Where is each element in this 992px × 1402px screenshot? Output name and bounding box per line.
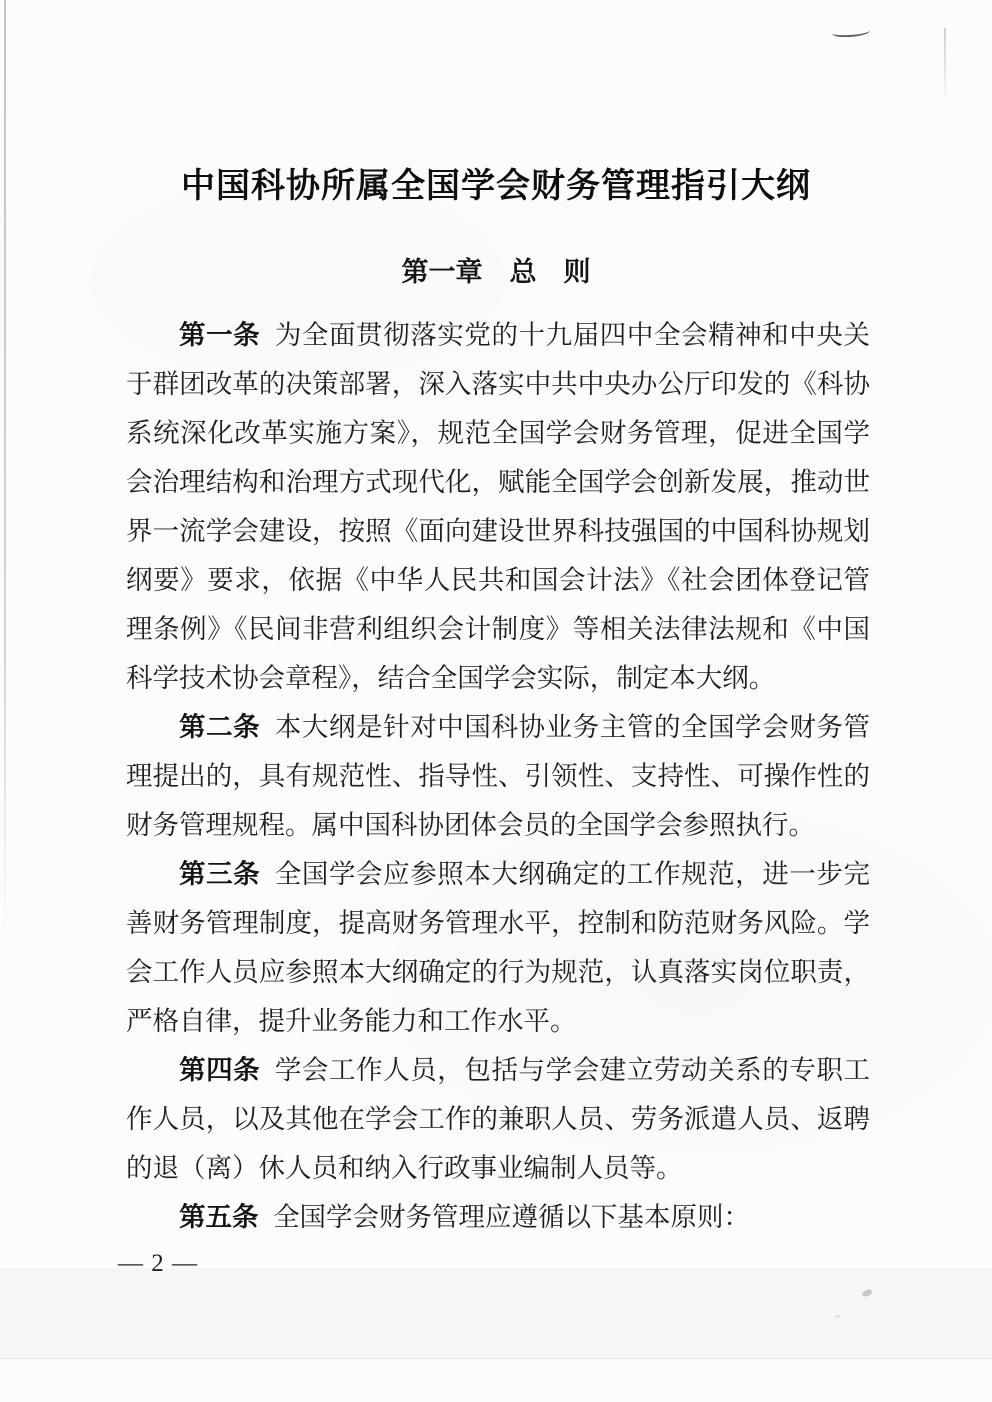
article-3-number: 第三条 (179, 859, 260, 889)
article-5-text: 全国学会财务管理应遵循以下基本原则： (273, 1202, 750, 1232)
scan-edge-line (4, 0, 6, 940)
page-number: — 2 — (118, 1250, 198, 1278)
scan-artifact-mark (832, 26, 870, 37)
article-4-number: 第四条 (179, 1055, 260, 1085)
article-1-text: 为全面贯彻落实党的十九届四中全会精神和中央关于群团改革的决策部署，深入落实中共中… (126, 320, 870, 693)
article-5: 第五条全国学会财务管理应遵循以下基本原则： (126, 1193, 870, 1242)
chapter-heading: 第一章 总 则 (0, 256, 992, 288)
article-2-number: 第二条 (179, 712, 260, 742)
article-2: 第二条本大纲是针对中国科协业务主管的全国学会财务管理提出的，具有规范性、指导性、… (126, 703, 870, 850)
article-5-number: 第五条 (179, 1202, 259, 1232)
scan-bottom-shadow (0, 1268, 992, 1359)
scan-artifact-line (944, 28, 946, 98)
document-body: 第一条为全面贯彻落实党的十九届四中全会精神和中央关于群团改革的决策部署，深入落实… (126, 311, 870, 1242)
document-title: 中国科协所属全国学会财务管理指引大纲 (0, 166, 992, 207)
article-1: 第一条为全面贯彻落实党的十九届四中全会精神和中央关于群团改革的决策部署，深入落实… (126, 311, 870, 703)
article-4: 第四条学会工作人员，包括与学会建立劳动关系的专职工作人员，以及其他在学会工作的兼… (126, 1046, 870, 1193)
scanned-document-page: 中国科协所属全国学会财务管理指引大纲 第一章 总 则 第一条为全面贯彻落实党的十… (0, 0, 992, 1402)
article-1-number: 第一条 (179, 320, 260, 350)
scan-speck (835, 1315, 840, 1318)
article-3: 第三条全国学会应参照本大纲确定的工作规范，进一步完善财务管理制度，提高财务管理水… (126, 850, 870, 1046)
